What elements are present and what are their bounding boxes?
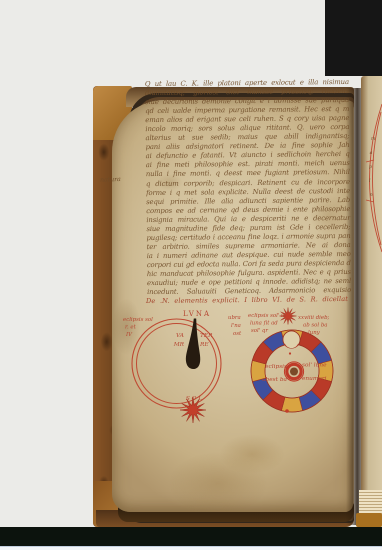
- facing-page-bottom-edges: [359, 490, 382, 514]
- main-text-block: Q ut lau C. K. ille platoni aperte exloc…: [145, 78, 351, 297]
- bottom-white-strip: [0, 546, 382, 550]
- manuscript-photo: Q ut lau C. K. ille platoni aperte exloc…: [0, 0, 382, 550]
- facing-cover-bottom: [356, 513, 382, 527]
- facing-page-sliver: [361, 76, 382, 527]
- bottom-dark-band: [0, 527, 382, 546]
- black-backdrop-panel: [325, 0, 382, 76]
